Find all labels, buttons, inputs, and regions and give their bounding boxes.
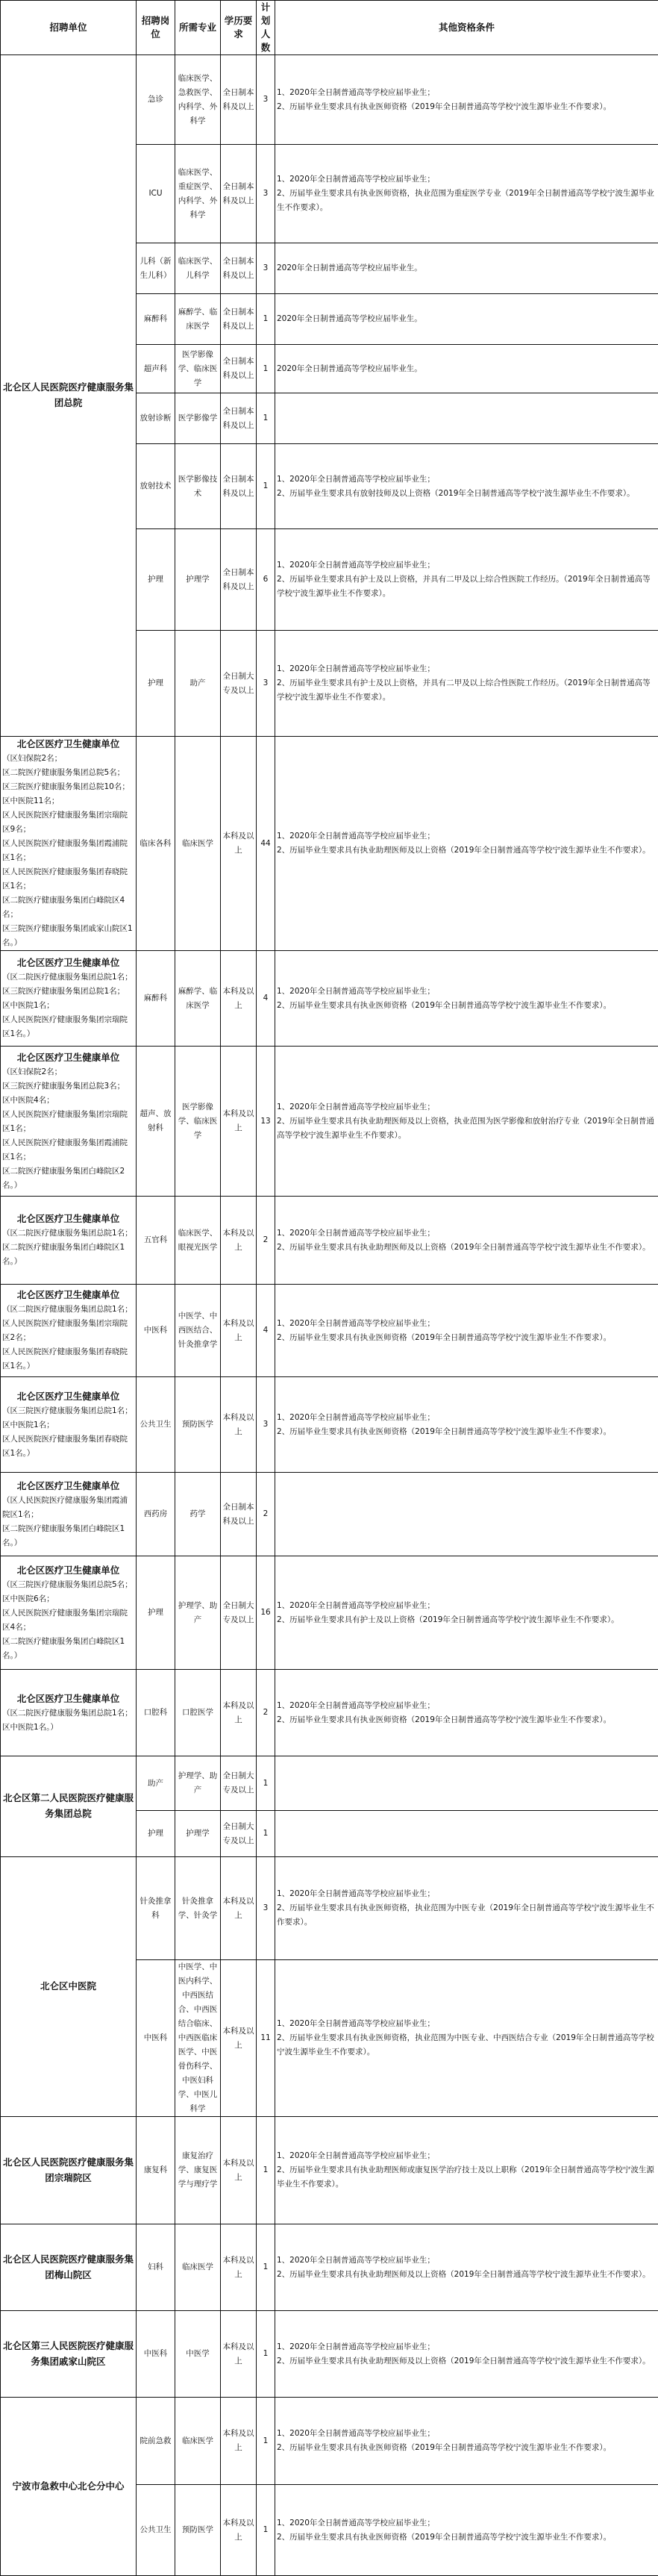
major-cell: 医学影像技术 xyxy=(175,444,221,529)
major-cell: 麻醉学、临床医学 xyxy=(175,951,221,1047)
header-major: 所需专业 xyxy=(175,1,221,55)
requirements-cell: 1、2020年全日制普通高等学校应届毕业生； 2、历届毕业生要求具有执业助理医师… xyxy=(275,2117,658,2224)
count-cell: 1 xyxy=(257,2311,275,2398)
education-cell: 全日制本科及以上 xyxy=(221,145,257,243)
count-cell: 1 xyxy=(257,1811,275,1857)
post-cell: 放射技术 xyxy=(137,444,175,529)
education-cell: 本科及以上 xyxy=(221,1670,257,1756)
unit-title: 北仑区医疗卫生健康单位 xyxy=(2,1563,134,1578)
unit-title: 北仑区人民医院医疗健康服务集团梅山院区 xyxy=(3,2254,134,2280)
post-cell: 康复科 xyxy=(137,2117,175,2224)
unit-allocation-detail: （区二院医疗健康服务集团总院1名； 区中医院1名。） xyxy=(2,1706,134,1735)
header-education: 学历要求 xyxy=(221,1,257,55)
requirements-cell: 1、2020年全日制普通高等学校应届毕业生； 2、历届毕业生要求具有护士及以上资… xyxy=(275,631,658,737)
unit-cell: 宁波市急救中心北仑分中心 xyxy=(1,2398,137,2548)
unit-title: 北仑区医疗卫生健康单位 xyxy=(2,1211,134,1226)
post-cell: 公共卫生 xyxy=(137,1377,175,1473)
table-row: 北仑区医疗卫生健康单位（区二院医疗健康服务集团总院1名； 区中医院1名。）口腔科… xyxy=(1,1670,658,1756)
unit-allocation-detail: （区人民医院医疗健康服务集团霞浦院区1名； 区二院医疗健康服务集团白峰院区1名。… xyxy=(2,1494,134,1550)
post-cell: 助产 xyxy=(137,1756,175,1811)
education-cell: 全日制本科及以上 xyxy=(221,444,257,529)
table-row: 北仑区医疗卫生健康单位（区妇保院2名； 区三院医疗健康服务集团总院3名； 区中医… xyxy=(1,1047,658,1197)
requirements-cell: 1、2020年全日制普通高等学校应届毕业生； 2、历届毕业生要求具有执业助理医师… xyxy=(275,1197,658,1285)
unit-cell: 北仑区医疗卫生健康单位（区人民医院医疗健康服务集团霞浦院区1名； 区二院医疗健康… xyxy=(1,1473,137,1556)
major-cell: 临床医学、儿科学 xyxy=(175,243,221,294)
education-cell: 本科及以上 xyxy=(221,2485,257,2548)
unit-title: 宁波市急救中心北仑分中心 xyxy=(12,2480,124,2492)
requirements-cell xyxy=(275,1473,658,1556)
count-cell: 3 xyxy=(257,631,275,737)
major-cell: 医学影像学、临床医学 xyxy=(175,345,221,393)
unit-cell: 北仑区第三人民医院医疗健康服务集团戚家山院区 xyxy=(1,2311,137,2398)
unit-cell: 北仑区医疗卫生健康单位（区二院医疗健康服务集团总院1名； 区人民医院医疗健康服务… xyxy=(1,1285,137,1377)
unit-cell: 北仑区医疗卫生健康单位（区二院医疗健康服务集团总院1名； 区二院医疗健康服务集团… xyxy=(1,1197,137,1285)
header-count: 计划人数 xyxy=(257,1,275,55)
recruitment-table: 招聘单位 招聘岗位 所需专业 学历要求 计划人数 其他资格条件 北仑区人民医院医… xyxy=(0,0,658,2548)
post-cell: 超声科 xyxy=(137,345,175,393)
education-cell: 本科及以上 xyxy=(221,2398,257,2485)
post-cell: 放射诊断 xyxy=(137,393,175,444)
header-requirements: 其他资格条件 xyxy=(275,1,658,55)
education-cell: 全日制本科及以上 xyxy=(221,1473,257,1556)
post-cell: 西药房 xyxy=(137,1473,175,1556)
requirements-cell: 1、2020年全日制普通高等学校应届毕业生； 2、历届毕业生要求具有执业医师资格… xyxy=(275,1960,658,2117)
post-cell: ICU xyxy=(137,145,175,243)
count-cell: 16 xyxy=(257,1556,275,1670)
unit-cell: 北仑区医疗卫生健康单位（区二院医疗健康服务集团总院1名； 区三院医疗健康服务集团… xyxy=(1,951,137,1047)
unit-title: 北仑区医疗卫生健康单位 xyxy=(2,955,134,970)
unit-title: 北仑区人民医院医疗健康服务集团宗瑞院区 xyxy=(3,2156,134,2183)
education-cell: 全日制本科及以上 xyxy=(221,243,257,294)
requirements-cell: 1、2020年全日制普通高等学校应届毕业生； 2、历届毕业生要求具有护士及以上资… xyxy=(275,1556,658,1670)
header-unit: 招聘单位 xyxy=(1,1,137,55)
table-row: 北仑区中医院针灸推拿科针灸推拿学、针灸学本科及以上31、2020年全日制普通高等… xyxy=(1,1857,658,1960)
count-cell: 11 xyxy=(257,1960,275,2117)
requirements-cell: 1、2020年全日制普通高等学校应届毕业生； 2、历届毕业生要求具有执业医师资格… xyxy=(275,2398,658,2485)
education-cell: 本科及以上 xyxy=(221,1960,257,2117)
unit-title: 北仑区第二人民医院医疗健康服务集团总院 xyxy=(3,1792,134,1819)
requirements-cell: 2020年全日制普通高等学校应届毕业生。 xyxy=(275,294,658,345)
table-row: 北仑区医疗卫生健康单位（区三院医疗健康服务集团总院1名； 区中医院1名； 区人民… xyxy=(1,1377,658,1473)
count-cell: 1 xyxy=(257,2224,275,2311)
table-row: 北仑区第三人民医院医疗健康服务集团戚家山院区中医科中医学本科及以上11、2020… xyxy=(1,2311,658,2398)
education-cell: 本科及以上 xyxy=(221,2311,257,2398)
education-cell: 本科及以上 xyxy=(221,1377,257,1473)
requirements-cell: 1、2020年全日制普通高等学校应届毕业生； 2、历届毕业生要求具有执业医师资格… xyxy=(275,1670,658,1756)
major-cell: 临床医学 xyxy=(175,737,221,951)
unit-allocation-detail: （区妇保院2名； 区二院医疗健康服务集团总院5名； 区三院医疗健康服务集团总院1… xyxy=(2,752,134,950)
table-row: 北仑区医疗卫生健康单位（区三院医疗健康服务集团总院5名； 区中医院6名； 区人民… xyxy=(1,1556,658,1670)
education-cell: 本科及以上 xyxy=(221,2117,257,2224)
unit-cell: 北仑区中医院 xyxy=(1,1857,137,2117)
count-cell: 3 xyxy=(257,1857,275,1960)
major-cell: 临床医学、急救医学、内科学、外科学 xyxy=(175,55,221,145)
post-cell: 儿科（新生儿科） xyxy=(137,243,175,294)
education-cell: 本科及以上 xyxy=(221,1197,257,1285)
count-cell: 2 xyxy=(257,1473,275,1556)
major-cell: 药学 xyxy=(175,1473,221,1556)
count-cell: 4 xyxy=(257,951,275,1047)
post-cell: 院前急救 xyxy=(137,2398,175,2485)
count-cell: 6 xyxy=(257,529,275,631)
unit-title: 北仑区第三人民医院医疗健康服务集团戚家山院区 xyxy=(3,2340,134,2367)
major-cell: 护理学 xyxy=(175,529,221,631)
unit-cell: 北仑区人民医院医疗健康服务集团梅山院区 xyxy=(1,2224,137,2311)
table-row: 北仑区医疗卫生健康单位（区二院医疗健康服务集团总院1名； 区三院医疗健康服务集团… xyxy=(1,951,658,1047)
major-cell: 口腔医学 xyxy=(175,1670,221,1756)
count-cell: 3 xyxy=(257,1377,275,1473)
table-row: 北仑区第二人民医院医疗健康服务集团总院助产护理学、助产全日制大专及以上1 xyxy=(1,1756,658,1811)
major-cell: 护理学、助产 xyxy=(175,1556,221,1670)
post-cell: 公共卫生 xyxy=(137,2485,175,2548)
requirements-cell: 1、2020年全日制普通高等学校应届毕业生； 2、历届毕业生要求具有执业医师资格… xyxy=(275,951,658,1047)
requirements-cell: 1、2020年全日制普通高等学校应届毕业生； 2、历届毕业生要求具有执业助理医师… xyxy=(275,1047,658,1197)
post-cell: 护理 xyxy=(137,1811,175,1857)
post-cell: 五官科 xyxy=(137,1197,175,1285)
count-cell: 1 xyxy=(257,444,275,529)
requirements-cell: 2020年全日制普通高等学校应届毕业生。 xyxy=(275,345,658,393)
education-cell: 本科及以上 xyxy=(221,737,257,951)
unit-allocation-detail: （区二院医疗健康服务集团总院1名； 区人民医院医疗健康服务集团宗瑞院区2名； 区… xyxy=(2,1303,134,1373)
unit-cell: 北仑区医疗卫生健康单位（区妇保院2名； 区二院医疗健康服务集团总院5名； 区三院… xyxy=(1,737,137,951)
table-header-row: 招聘单位 招聘岗位 所需专业 学历要求 计划人数 其他资格条件 xyxy=(1,1,658,55)
major-cell: 中医学、中西医结合、针灸推拿学 xyxy=(175,1285,221,1377)
unit-allocation-detail: （区三院医疗健康服务集团总院1名； 区中医院1名； 区人民医院医疗健康服务集团春… xyxy=(2,1404,134,1461)
requirements-cell: 1、2020年全日制普通高等学校应届毕业生； 2、历届毕业生要求具有护士及以上资… xyxy=(275,529,658,631)
education-cell: 本科及以上 xyxy=(221,951,257,1047)
major-cell: 中医学 xyxy=(175,2311,221,2398)
post-cell: 护理 xyxy=(137,529,175,631)
table-row: 北仑区人民医院医疗健康服务集团总院急诊临床医学、急救医学、内科学、外科学全日制本… xyxy=(1,55,658,145)
major-cell: 助产 xyxy=(175,631,221,737)
table-row: 北仑区人民医院医疗健康服务集团梅山院区妇科临床医学本科及以上11、2020年全日… xyxy=(1,2224,658,2311)
unit-allocation-detail: （区二院医疗健康服务集团总院1名； 区三院医疗健康服务集团总院1名； 区中医院1… xyxy=(2,970,134,1041)
major-cell: 中医学、中医内科学、中西医结合、中西医结合临床、中西医临床医学、中医骨伤科学、中… xyxy=(175,1960,221,2117)
requirements-cell: 1、2020年全日制普通高等学校应届毕业生； 2、历届毕业生要求具有执业医师资格… xyxy=(275,2485,658,2548)
count-cell: 44 xyxy=(257,737,275,951)
unit-title: 北仑区医疗卫生健康单位 xyxy=(2,1479,134,1494)
major-cell: 临床医学、眼视光医学 xyxy=(175,1197,221,1285)
count-cell: 1 xyxy=(257,1756,275,1811)
unit-title: 北仑区医疗卫生健康单位 xyxy=(2,1389,134,1404)
requirements-cell: 1、2020年全日制普通高等学校应届毕业生； 2、历届毕业生要求具有执业医师资格… xyxy=(275,145,658,243)
major-cell: 医学影像学、临床医学 xyxy=(175,1047,221,1197)
requirements-cell: 1、2020年全日制普通高等学校应届毕业生； 2、历届毕业生要求具有执业医师资格… xyxy=(275,55,658,145)
education-cell: 全日制大专及以上 xyxy=(221,1556,257,1670)
post-cell: 麻醉科 xyxy=(137,294,175,345)
requirements-cell: 1、2020年全日制普通高等学校应届毕业生； 2、历届毕业生要求具有执业助理医师… xyxy=(275,2311,658,2398)
requirements-cell xyxy=(275,1756,658,1811)
table-row: 宁波市急救中心北仑分中心院前急救临床医学本科及以上11、2020年全日制普通高等… xyxy=(1,2398,658,2485)
requirements-cell: 1、2020年全日制普通高等学校应届毕业生； 2、历届毕业生要求具有执业医师资格… xyxy=(275,1857,658,1960)
post-cell: 护理 xyxy=(137,1556,175,1670)
table-row: 北仑区医疗卫生健康单位（区人民医院医疗健康服务集团霞浦院区1名； 区二院医疗健康… xyxy=(1,1473,658,1556)
major-cell: 临床医学 xyxy=(175,2398,221,2485)
requirements-cell: 2020年全日制普通高等学校应届毕业生。 xyxy=(275,243,658,294)
count-cell: 3 xyxy=(257,55,275,145)
requirements-cell: 1、2020年全日制普通高等学校应届毕业生； 2、历届毕业生要求具有放射技师及以… xyxy=(275,444,658,529)
major-cell: 护理学、助产 xyxy=(175,1756,221,1811)
requirements-cell: 1、2020年全日制普通高等学校应届毕业生； 2、历届毕业生要求具有执业助理医师… xyxy=(275,2224,658,2311)
unit-allocation-detail: （区三院医疗健康服务集团总院5名； 区中医院6名； 区人民医院医疗健康服务集团宗… xyxy=(2,1578,134,1663)
major-cell: 康复治疗学、康复医学与理疗学 xyxy=(175,2117,221,2224)
education-cell: 全日制大专及以上 xyxy=(221,1756,257,1811)
post-cell: 口腔科 xyxy=(137,1670,175,1756)
post-cell: 急诊 xyxy=(137,55,175,145)
major-cell: 临床医学、重症医学、内科学、外科学 xyxy=(175,145,221,243)
count-cell: 1 xyxy=(257,393,275,444)
count-cell: 1 xyxy=(257,294,275,345)
unit-cell: 北仑区医疗卫生健康单位（区三院医疗健康服务集团总院1名； 区中医院1名； 区人民… xyxy=(1,1377,137,1473)
count-cell: 3 xyxy=(257,243,275,294)
table-row: 北仑区人民医院医疗健康服务集团宗瑞院区康复科康复治疗学、康复医学与理疗学本科及以… xyxy=(1,2117,658,2224)
major-cell: 麻醉学、临床医学 xyxy=(175,294,221,345)
unit-allocation-detail: （区二院医疗健康服务集团总院1名； 区二院医疗健康服务集团白峰院区1名。） xyxy=(2,1226,134,1269)
education-cell: 本科及以上 xyxy=(221,1857,257,1960)
major-cell: 护理学 xyxy=(175,1811,221,1857)
education-cell: 全日制本科及以上 xyxy=(221,345,257,393)
major-cell: 针灸推拿学、针灸学 xyxy=(175,1857,221,1960)
education-cell: 全日制本科及以上 xyxy=(221,393,257,444)
count-cell: 1 xyxy=(257,2117,275,2224)
count-cell: 3 xyxy=(257,145,275,243)
education-cell: 本科及以上 xyxy=(221,1285,257,1377)
major-cell: 预防医学 xyxy=(175,2485,221,2548)
table-row: 北仑区医疗卫生健康单位（区妇保院2名； 区二院医疗健康服务集团总院5名； 区三院… xyxy=(1,737,658,951)
education-cell: 全日制本科及以上 xyxy=(221,529,257,631)
requirements-cell: 1、2020年全日制普通高等学校应届毕业生； 2、历届毕业生要求具有执业助理医师… xyxy=(275,737,658,951)
unit-allocation-detail: （区妇保院2名； 区三院医疗健康服务集团总院3名； 区中医院4名； 区人民医院医… xyxy=(2,1065,134,1193)
unit-cell: 北仑区医疗卫生健康单位（区妇保院2名； 区三院医疗健康服务集团总院3名； 区中医… xyxy=(1,1047,137,1197)
major-cell: 预防医学 xyxy=(175,1377,221,1473)
education-cell: 全日制本科及以上 xyxy=(221,55,257,145)
count-cell: 1 xyxy=(257,345,275,393)
post-cell: 超声、放射科 xyxy=(137,1047,175,1197)
post-cell: 中医科 xyxy=(137,1960,175,2117)
count-cell: 4 xyxy=(257,1285,275,1377)
unit-cell: 北仑区人民医院医疗健康服务集团总院 xyxy=(1,55,137,737)
table-row: 北仑区医疗卫生健康单位（区二院医疗健康服务集团总院1名； 区二院医疗健康服务集团… xyxy=(1,1197,658,1285)
requirements-cell xyxy=(275,393,658,444)
requirements-cell: 1、2020年全日制普通高等学校应届毕业生； 2、历届毕业生要求具有执业医师资格… xyxy=(275,1377,658,1473)
count-cell: 1 xyxy=(257,2398,275,2485)
unit-title: 北仑区中医院 xyxy=(40,1980,96,1992)
education-cell: 全日制本科及以上 xyxy=(221,294,257,345)
count-cell: 1 xyxy=(257,2485,275,2548)
count-cell: 2 xyxy=(257,1670,275,1756)
table-body: 北仑区人民医院医疗健康服务集团总院急诊临床医学、急救医学、内科学、外科学全日制本… xyxy=(1,55,658,2548)
unit-title: 北仑区医疗卫生健康单位 xyxy=(2,737,134,752)
post-cell: 中医科 xyxy=(137,2311,175,2398)
unit-cell: 北仑区第二人民医院医疗健康服务集团总院 xyxy=(1,1756,137,1857)
unit-cell: 北仑区医疗卫生健康单位（区三院医疗健康服务集团总院5名； 区中医院6名； 区人民… xyxy=(1,1556,137,1670)
post-cell: 护理 xyxy=(137,631,175,737)
requirements-cell xyxy=(275,1811,658,1857)
unit-cell: 北仑区医疗卫生健康单位（区二院医疗健康服务集团总院1名； 区中医院1名。） xyxy=(1,1670,137,1756)
table-row: 北仑区医疗卫生健康单位（区二院医疗健康服务集团总院1名； 区人民医院医疗健康服务… xyxy=(1,1285,658,1377)
count-cell: 2 xyxy=(257,1197,275,1285)
unit-title: 北仑区医疗卫生健康单位 xyxy=(2,1050,134,1065)
post-cell: 临床各科 xyxy=(137,737,175,951)
unit-title: 北仑区医疗卫生健康单位 xyxy=(2,1691,134,1706)
post-cell: 中医科 xyxy=(137,1285,175,1377)
post-cell: 妇科 xyxy=(137,2224,175,2311)
post-cell: 麻醉科 xyxy=(137,951,175,1047)
education-cell: 全日制大专及以上 xyxy=(221,1811,257,1857)
unit-title: 北仑区医疗卫生健康单位 xyxy=(2,1288,134,1303)
major-cell: 临床医学 xyxy=(175,2224,221,2311)
unit-title: 北仑区人民医院医疗健康服务集团总院 xyxy=(3,381,134,408)
post-cell: 针灸推拿科 xyxy=(137,1857,175,1960)
count-cell: 13 xyxy=(257,1047,275,1197)
education-cell: 本科及以上 xyxy=(221,1047,257,1197)
education-cell: 本科及以上 xyxy=(221,2224,257,2311)
requirements-cell: 1、2020年全日制普通高等学校应届毕业生； 2、历届毕业生要求具有执业医师资格… xyxy=(275,1285,658,1377)
unit-cell: 北仑区人民医院医疗健康服务集团宗瑞院区 xyxy=(1,2117,137,2224)
header-post: 招聘岗位 xyxy=(137,1,175,55)
major-cell: 医学影像学 xyxy=(175,393,221,444)
education-cell: 全日制大专及以上 xyxy=(221,631,257,737)
